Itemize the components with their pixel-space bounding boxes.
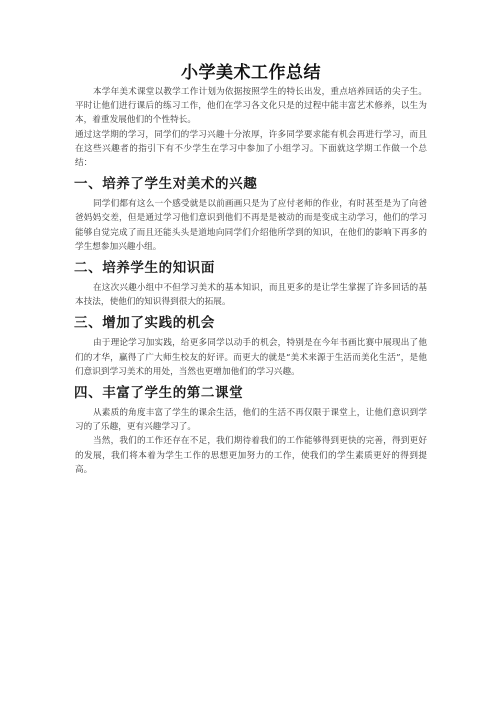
section-heading: 二、培养学生的知识面 <box>74 258 427 278</box>
section-paragraph: 在这次兴趣小组中不但学习美术的基本知识，而且更多的是让学生掌握了许多回话的基本技… <box>75 281 427 309</box>
section-paragraph: 从素质的角度丰富了学生的课余生活，他们的生活不再仅限于课堂上，让他们意识到学习的… <box>75 406 427 434</box>
closing-paragraph: 当然，我们的工作还存在不足，我们期待着我们的工作能够得到更快的完善，得到更好的发… <box>75 434 427 477</box>
section-second-classroom: 四、丰富了学生的第二课堂 从素质的角度丰富了学生的课余生活，他们的生活不再仅限于… <box>75 383 427 477</box>
section-interest: 一、培养了学生对美术的兴趣 同学们都有这么一个感受就是以前画画只是为了应付老师的… <box>75 174 427 254</box>
section-heading: 三、增加了实践的机会 <box>74 313 427 333</box>
section-paragraph: 同学们都有这么一个感受就是以前画画只是为了应付老师的作业，有时甚至是为了向爸爸妈… <box>75 197 427 254</box>
document-title: 小学美术工作总结 <box>75 62 427 84</box>
section-paragraph: 由于理论学习加实践，给更多同学以动手的机会，特别是在今年书画比赛中展现出了他们的… <box>75 336 427 379</box>
document-page: 小学美术工作总结 本学年美术课堂以教学工作计划为依据按照学生的特长出发，重点培养… <box>75 62 427 477</box>
section-knowledge: 二、培养学生的知识面 在这次兴趣小组中不但学习美术的基本知识，而且更多的是让学生… <box>75 258 427 309</box>
intro-paragraph-2: 通过这学期的学习，同学们的学习兴趣十分浓厚，许多同学要求能有机会再进行学习，而且… <box>75 128 427 171</box>
intro-paragraph-1: 本学年美术课堂以教学工作计划为依据按照学生的特长出发，重点培养回话的尖子生。平时… <box>75 85 427 128</box>
section-heading: 一、培养了学生对美术的兴趣 <box>74 174 427 194</box>
section-practice: 三、增加了实践的机会 由于理论学习加实践，给更多同学以动手的机会，特别是在今年书… <box>75 313 427 379</box>
section-heading: 四、丰富了学生的第二课堂 <box>74 383 427 403</box>
